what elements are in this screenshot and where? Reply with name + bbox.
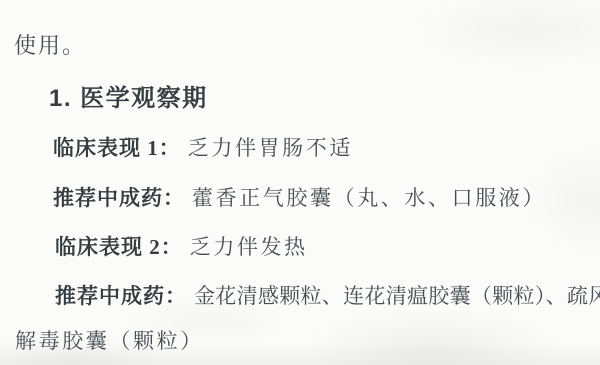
paragraph-end-intro: 使用。 <box>14 33 86 58</box>
clinical-manifestation-2-line: 临床表现 2：乏力伴发热 <box>55 235 308 259</box>
section-heading-medical-observation-period: 1. 医学观察期 <box>49 85 208 113</box>
recommended-medicine-1-line: 推荐中成药：藿香正气胶囊（丸、水、口服液） <box>53 186 546 210</box>
clinical-manifestation-1-text: 乏力伴胃肠不适 <box>188 136 353 160</box>
recommended-medicine-2-continuation: 解毒胶囊（颗粒） <box>15 329 204 353</box>
recommended-medicine-2-text: 金花清感颗粒、连花清瘟胶囊（颗粒）、疏风 <box>194 284 600 308</box>
clinical-manifestation-2-label: 临床表现 2： <box>55 235 183 259</box>
scanned-document-page: 使用。 1. 医学观察期 临床表现 1：乏力伴胃肠不适 推荐中成药：藿香正气胶囊… <box>0 0 600 365</box>
clinical-manifestation-1-line: 临床表现 1：乏力伴胃肠不适 <box>53 136 353 160</box>
recommended-medicine-1-label: 推荐中成药： <box>53 186 185 210</box>
clinical-manifestation-2-text: 乏力伴发热 <box>190 235 308 259</box>
recommended-medicine-1-text: 藿香正气胶囊（丸、水、口服液） <box>192 186 546 210</box>
recommended-medicine-2-label: 推荐中成药： <box>55 284 187 308</box>
clinical-manifestation-1-label: 临床表现 1： <box>53 136 181 160</box>
recommended-medicine-2-line: 推荐中成药：金花清感颗粒、连花清瘟胶囊（颗粒）、疏风 <box>55 284 600 308</box>
